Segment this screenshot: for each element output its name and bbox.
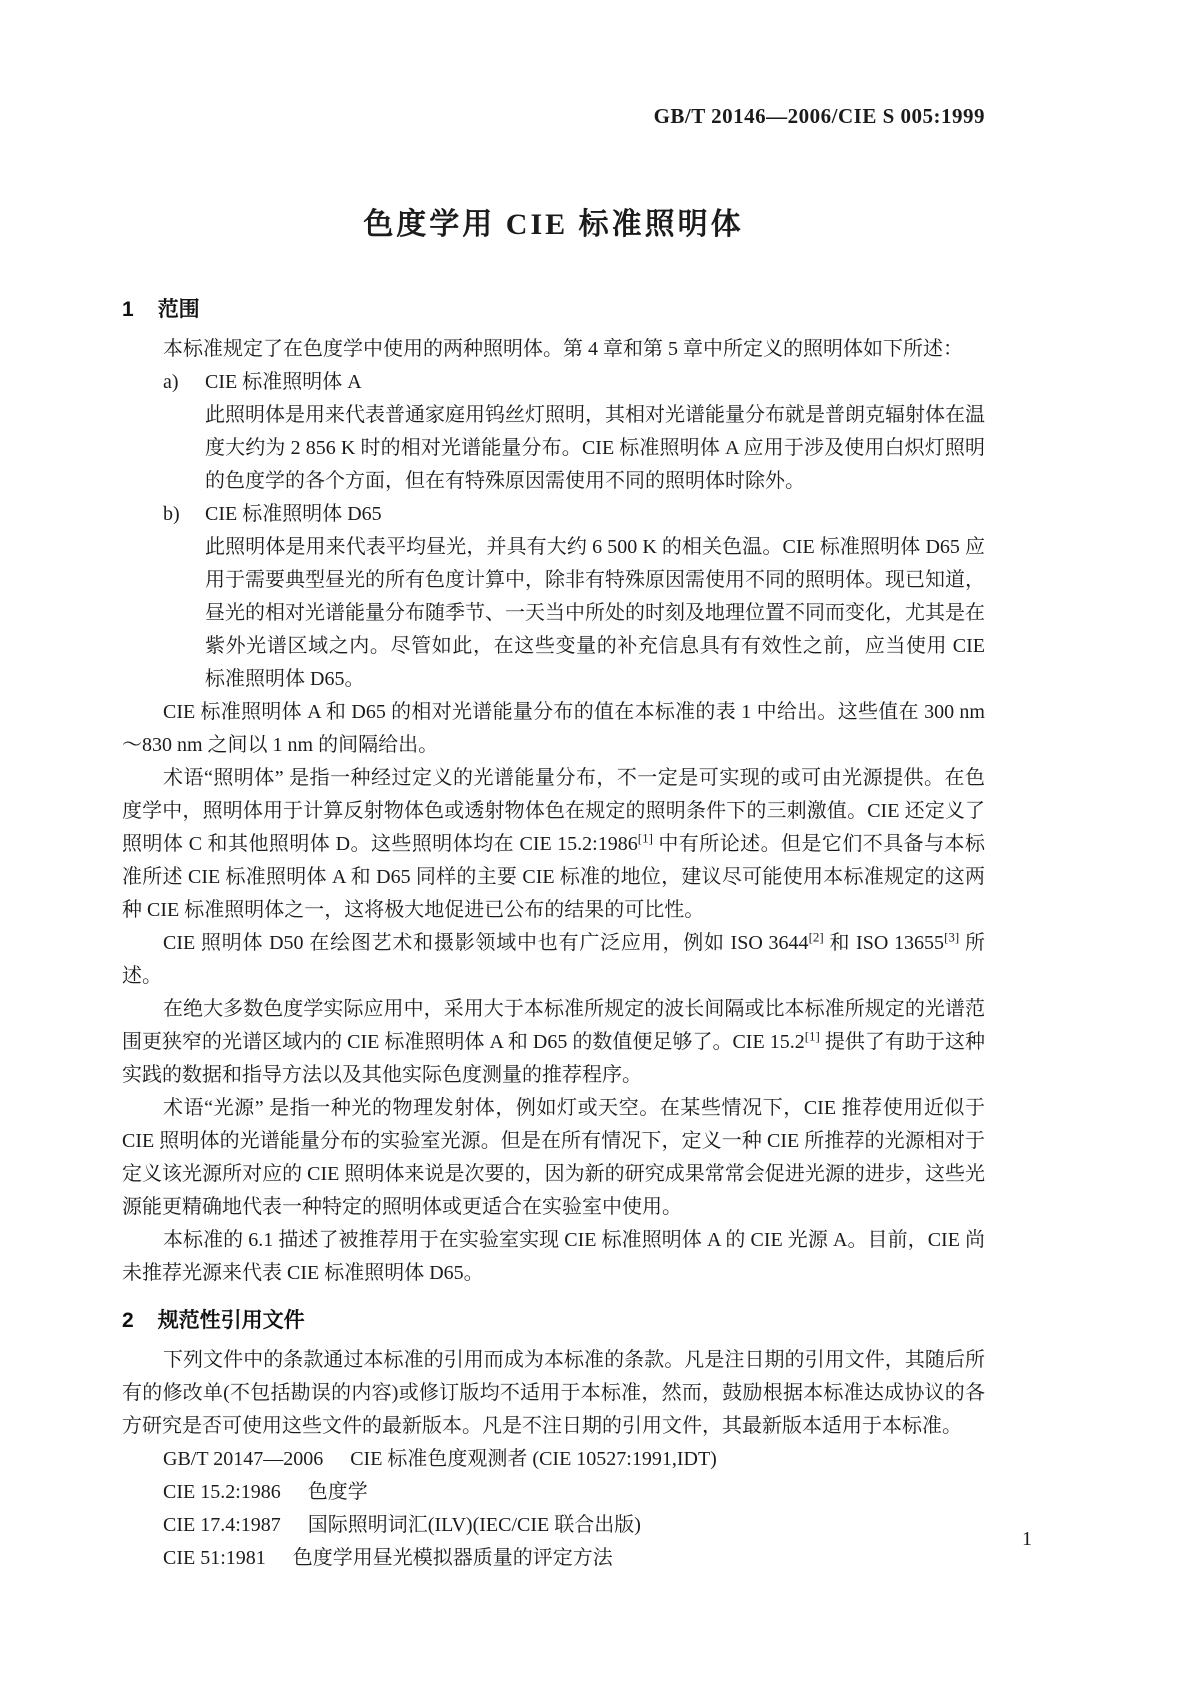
section-references-body: 下列文件中的条款通过本标准的引用而成为本标准的条款。凡是注日期的引用文件，其随后…	[122, 1344, 985, 1575]
reference-code: CIE 15.2:1986	[163, 1481, 281, 1503]
scope-paragraph-4: 在绝大多数色度学实际应用中，采用大于本标准所规定的波长间隔或比本标准所规定的光谱…	[122, 993, 985, 1092]
reference-code: CIE 51:1981	[163, 1547, 266, 1569]
page-number: 1	[1022, 1528, 1032, 1551]
scope-paragraph-1: CIE 标准照明体 A 和 D65 的相对光谱能量分布的值在本标准的表 1 中给…	[122, 696, 985, 762]
scope-paragraph-6: 本标准的 6.1 描述了被推荐用于在实验室实现 CIE 标准照明体 A 的 CI…	[122, 1224, 985, 1290]
reference-code: GB/T 20147—2006	[163, 1448, 323, 1470]
scope-intro-paragraph: 本标准规定了在色度学中使用的两种照明体。第 4 章和第 5 章中所定义的照明体如…	[122, 333, 985, 366]
document-page: GB/T 20146—2006/CIE S 005:1999 色度学用 CIE …	[0, 0, 1191, 1684]
document-title: 色度学用 CIE 标准照明体	[122, 199, 985, 243]
reference-item: CIE 51:1981色度学用昼光模拟器质量的评定方法	[163, 1542, 985, 1575]
section-references-title: 规范性引用文件	[158, 1309, 305, 1332]
list-item-b-marker: b)	[163, 498, 205, 696]
section-references-number: 2	[122, 1309, 134, 1333]
reference-item: GB/T 20147—2006CIE 标准色度观测者 (CIE 10527:19…	[163, 1443, 985, 1476]
list-item-a-title: CIE 标准照明体 A	[205, 366, 985, 399]
section-scope-body: 本标准规定了在色度学中使用的两种照明体。第 4 章和第 5 章中所定义的照明体如…	[122, 333, 985, 1290]
section-normative-references: 2规范性引用文件 下列文件中的条款通过本标准的引用而成为本标准的条款。凡是注日期…	[122, 1304, 985, 1575]
list-item-b-text: 此照明体是用来代表平均昼光，并具有大约 6 500 K 的相关色温。CIE 标准…	[205, 531, 985, 696]
reference-list: GB/T 20147—2006CIE 标准色度观测者 (CIE 10527:19…	[122, 1443, 985, 1575]
section-scope-number: 1	[122, 298, 134, 322]
list-item-a-marker: a)	[163, 366, 205, 498]
scope-paragraph-2: 术语“照明体” 是指一种经过定义的光谱能量分布，不一定是可实现的或可由光源提供。…	[122, 762, 985, 927]
list-item-a-body: CIE 标准照明体 A 此照明体是用来代表普通家庭用钨丝灯照明，其相对光谱能量分…	[205, 366, 985, 498]
section-scope: 1范围 本标准规定了在色度学中使用的两种照明体。第 4 章和第 5 章中所定义的…	[122, 293, 985, 1290]
section-references-heading: 2规范性引用文件	[122, 1304, 985, 1334]
section-scope-title: 范围	[158, 298, 200, 321]
list-item-b-title: CIE 标准照明体 D65	[205, 498, 985, 531]
reference-item: CIE 17.4:1987国际照明词汇(ILV)(IEC/CIE 联合出版)	[163, 1509, 985, 1542]
scope-paragraph-3: CIE 照明体 D50 在绘图艺术和摄影领域中也有广泛应用，例如 ISO 364…	[122, 927, 985, 993]
reference-title: 国际照明词汇(ILV)(IEC/CIE 联合出版)	[308, 1514, 641, 1536]
scope-paragraph-5: 术语“光源” 是指一种光的物理发射体，例如灯或天空。在某些情况下，CIE 推荐使…	[122, 1092, 985, 1224]
reference-item: CIE 15.2:1986色度学	[163, 1476, 985, 1509]
list-item-b: b) CIE 标准照明体 D65 此照明体是用来代表平均昼光，并具有大约 6 5…	[122, 498, 985, 696]
list-item-b-body: CIE 标准照明体 D65 此照明体是用来代表平均昼光，并具有大约 6 500 …	[205, 498, 985, 696]
list-item-a: a) CIE 标准照明体 A 此照明体是用来代表普通家庭用钨丝灯照明，其相对光谱…	[122, 366, 985, 498]
reference-title: 色度学	[308, 1481, 368, 1503]
references-intro-paragraph: 下列文件中的条款通过本标准的引用而成为本标准的条款。凡是注日期的引用文件，其随后…	[122, 1344, 985, 1443]
list-item-a-text: 此照明体是用来代表普通家庭用钨丝灯照明，其相对光谱能量分布就是普朗克辐射体在温度…	[205, 399, 985, 498]
reference-title: 色度学用昼光模拟器质量的评定方法	[293, 1547, 613, 1569]
reference-title: CIE 标准色度观测者 (CIE 10527:1991,IDT)	[350, 1448, 717, 1470]
section-scope-heading: 1范围	[122, 293, 985, 323]
reference-code: CIE 17.4:1987	[163, 1514, 281, 1536]
standard-code-header: GB/T 20146—2006/CIE S 005:1999	[122, 104, 985, 129]
